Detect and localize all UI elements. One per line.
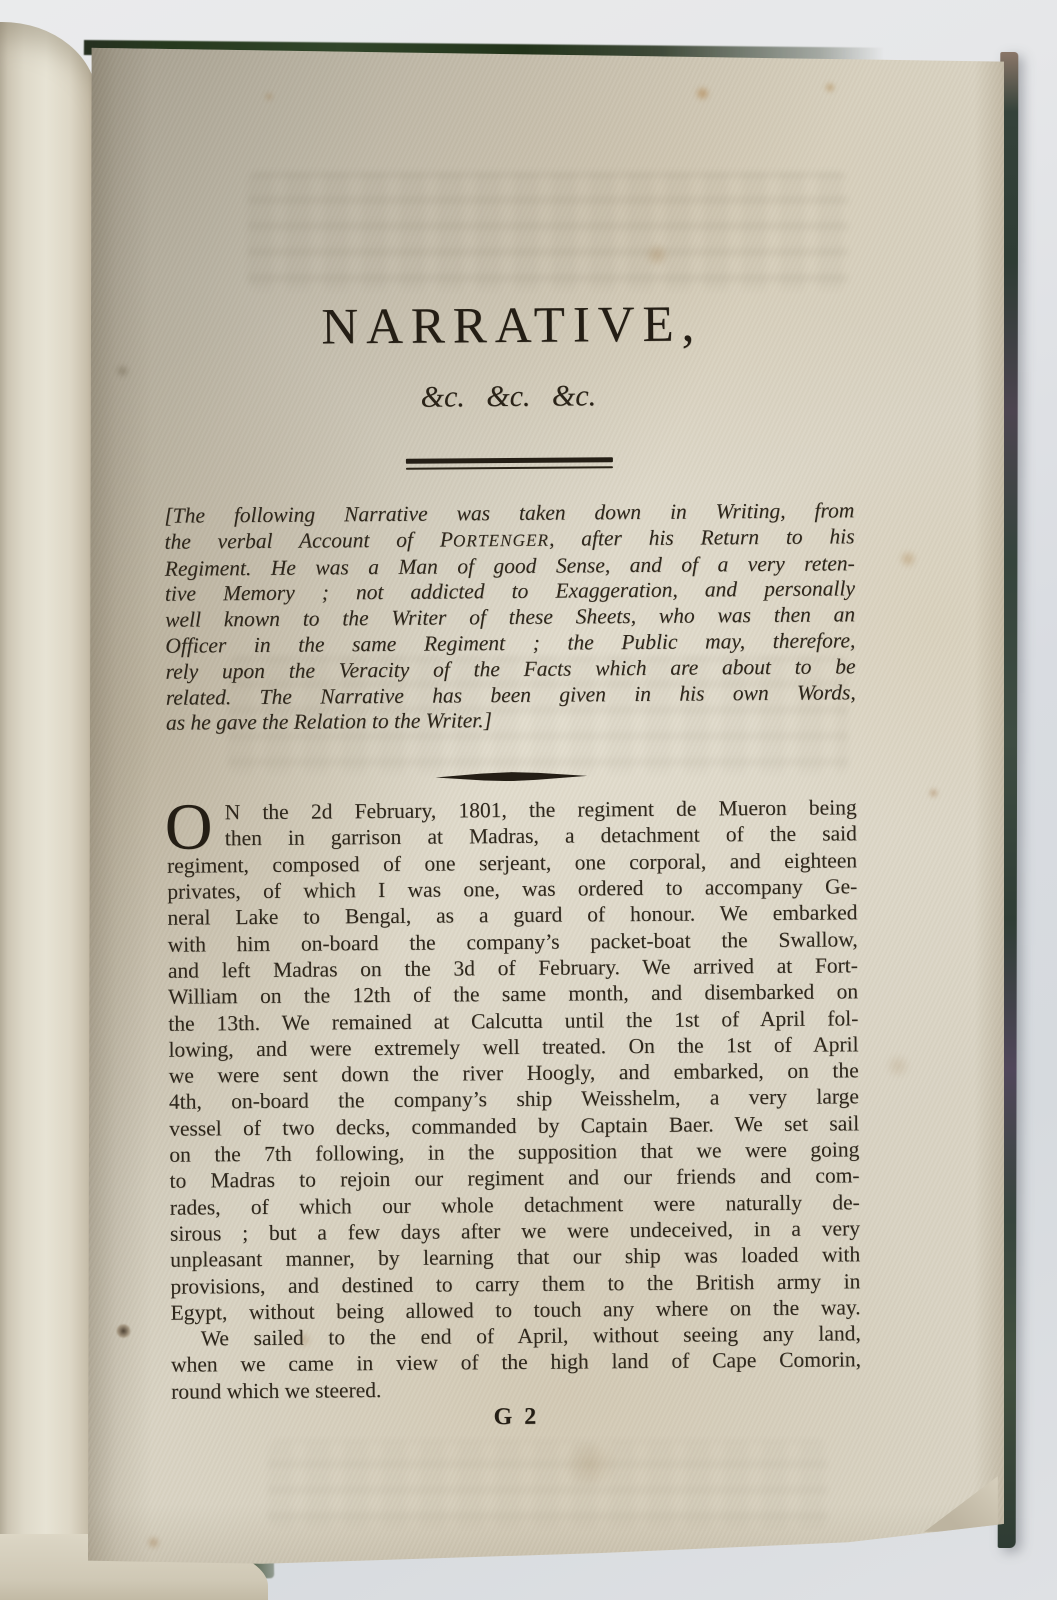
paper-dent (114, 364, 131, 378)
text-line: round which we steered. (171, 1373, 861, 1405)
etcetera-line: &c. &c. &c. (163, 377, 853, 416)
page-title: NARRATIVE, (163, 295, 853, 356)
show-through-text (268, 1440, 828, 1528)
foxing-spot (146, 1536, 161, 1549)
narrative-paragraph-2: We sailed to the end of April, without s… (171, 1320, 862, 1404)
foxing-spot (898, 550, 918, 568)
text-line: when we came in view of the high land of… (171, 1347, 861, 1379)
double-rule-divider (405, 457, 612, 470)
foxing-spot (558, 1444, 622, 1484)
signature-mark: G 2 (171, 1401, 861, 1433)
swelled-rule-divider (435, 772, 587, 782)
narrative-text: O N the 2d February, 1801, the regiment … (167, 794, 862, 1433)
text-line: as he gave the Relation to the Writer.] (166, 706, 856, 737)
rule-thick (405, 457, 612, 464)
narrative-paragraph-1: N the 2d February, 1801, the regiment de… (167, 794, 861, 1325)
rule-thin (405, 466, 612, 470)
foxing-spot (884, 1054, 912, 1078)
wormhole (116, 1324, 131, 1338)
dog-eared-corner (924, 1476, 998, 1532)
editor-note: [The following Narrative was taken down … (164, 498, 856, 737)
book-photo: NARRATIVE, &c. &c. &c. [The following Na… (0, 0, 1057, 1600)
foxing-spot (928, 788, 939, 798)
drop-cap: O (165, 801, 213, 855)
previous-page-curl (0, 22, 97, 1600)
book-page: NARRATIVE, &c. &c. &c. [The following Na… (88, 44, 1004, 1576)
printed-text-block: NARRATIVE, &c. &c. &c. [The following Na… (161, 41, 862, 1433)
